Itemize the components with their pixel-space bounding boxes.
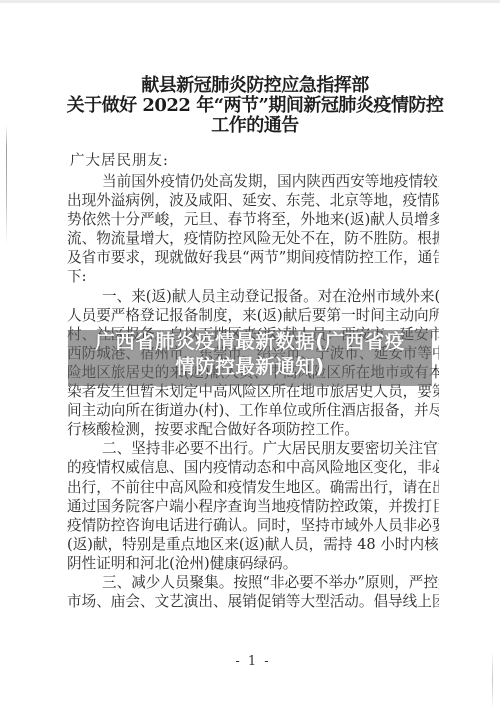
headline-overlay: 广西省肺炎疫情最新数据(广西省疫 情防控最新通知) [68, 329, 432, 379]
body-line: (返)献，特别是重点地区来(返)献人员，需持 48 小时内核酸检测 [67, 535, 439, 554]
notice-title: 献县新冠肺炎防控应急指挥部 关于做好 2022 年“两节”期间新冠肺炎疫情防控 … [0, 76, 500, 136]
section-1-heading-line: 一、来(返)献人员主动登记报备。对在沧州市域外来(返)献 [67, 287, 439, 306]
body-line: 通过国务院客户端小程序查询当地疫情防控政策，并拨打目的地 [67, 497, 439, 516]
title-line-3: 工作的通告 [0, 116, 500, 136]
page-number: - 1 - [0, 654, 500, 669]
body-line: 间主动向所在街道办(村)、工作单位或所住酒店报备，并尽快进 [67, 401, 439, 420]
headline-line-1: 广西省肺炎疫情最新数据(广西省疫 [68, 329, 432, 354]
body-line: 行核酸检测，按要求配合做好各项防控工作。 [67, 420, 439, 439]
section-2-heading-line: 二、坚持非必要不出行。广大居民朋友要密切关注官方发布 [67, 439, 439, 458]
title-line-2: 关于做好 2022 年“两节”期间新冠肺炎疫情防控 [0, 96, 500, 116]
body-line: 疫情防控咨询电话进行确认。同时，坚持市域外人员非必要不来 [67, 516, 439, 535]
body-line: 及省市要求，现就做好我县“两节”期间疫情防控工作，通告如 [67, 248, 439, 267]
body-line: 阴性证明和河北(沧州)健康码绿码。 [67, 554, 439, 573]
body-line: 市场、庙会、文艺演出、展销促销等大型活动。倡导线上团拜， [67, 592, 439, 611]
body-line: 当前国外疫情仍处高发期，国内陕西西安等地疫情较重，并 [67, 172, 439, 191]
body-line: 出行，不前往中高风险和疫情发生地区。确需出行，请在出行前 [67, 478, 439, 497]
notice-body: 当前国外疫情仍处高发期，国内陕西西安等地疫情较重，并 出现外溢病例，波及咸阳、延… [67, 172, 439, 611]
salutation: 广大居民朋友: [70, 152, 169, 171]
body-line: 下: [67, 267, 439, 286]
body-line: 出现外溢病例，波及咸阳、延安、东莞、北京等地，疫情防控形 [67, 191, 439, 210]
title-line-1: 献县新冠肺炎防控应急指挥部 [0, 76, 500, 96]
body-line: 流、物流量增大，疫情防控风险无处不在，防不胜防。根据国家 [67, 229, 439, 248]
body-line: 人员要严格登记报备制度，来(返)献后要第一时间主动向所辖乡 [67, 306, 439, 325]
body-line: 势依然十分严峻，元旦、春节将至，外地来(返)献人员增多，人 [67, 210, 439, 229]
body-line: 的疫情权威信息、国内疫情动态和中高风险地区变化，非必要不 [67, 458, 439, 477]
headline-line-2: 情防控最新通知) [68, 354, 432, 379]
section-3-heading-line: 三、减少人员聚集。按照“非必要不举办”原则，严控集贸 [67, 573, 439, 592]
